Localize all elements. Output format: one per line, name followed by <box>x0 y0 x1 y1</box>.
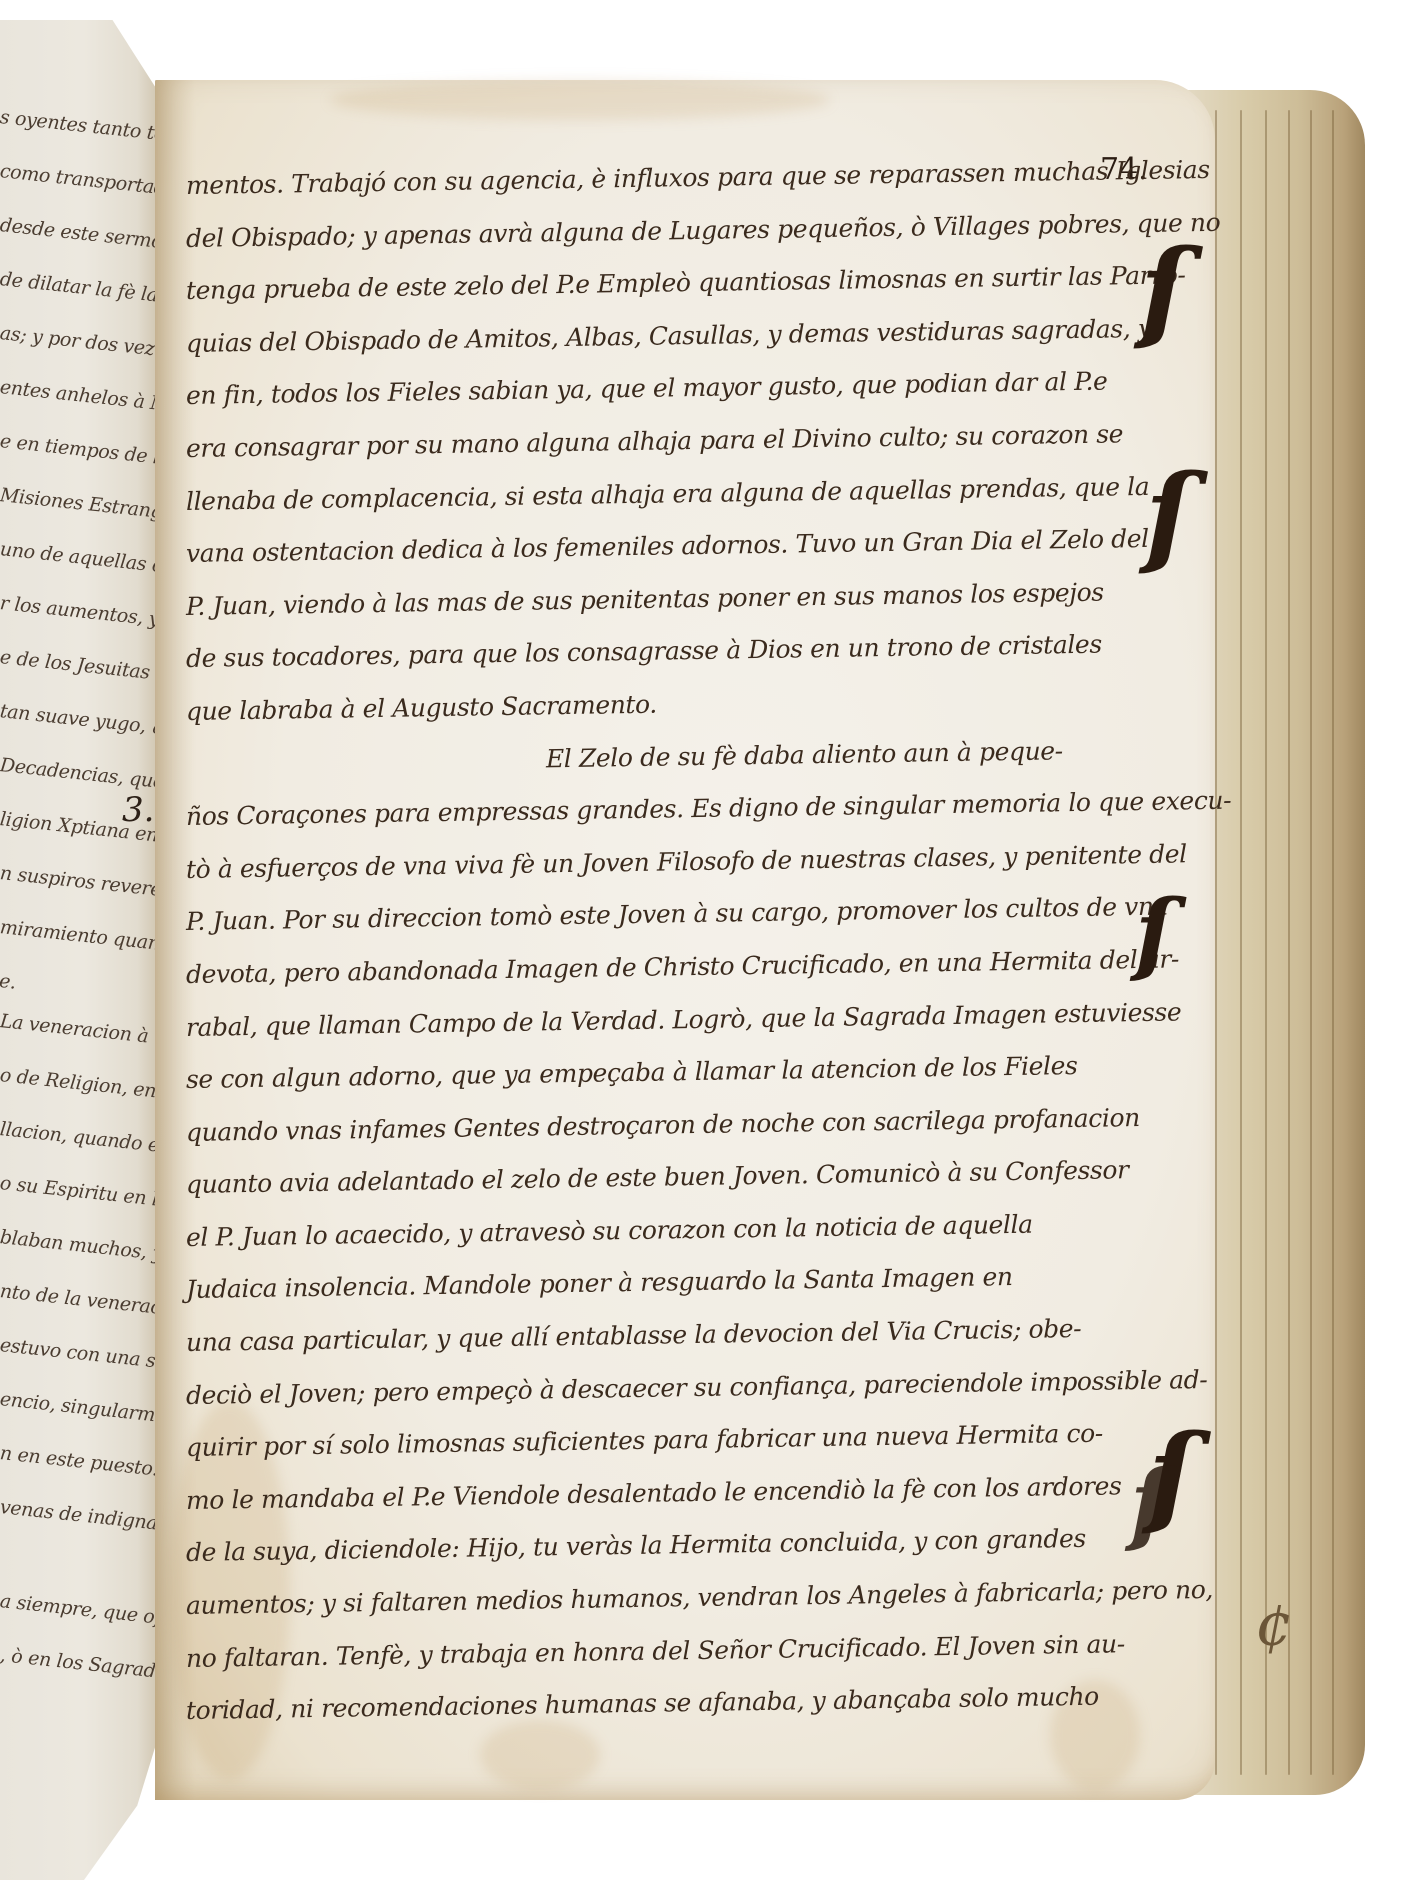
margin-flourish-icon: ſ <box>1130 1450 1169 1556</box>
left-page-text: s oyentes tanto temor de como transporta… <box>0 90 160 1682</box>
left-page-marker: 3. <box>122 790 154 830</box>
left-facing-page: s oyentes tanto temor de como transporta… <box>0 20 160 1880</box>
margin-flourish-icon: ſ <box>1145 450 1192 579</box>
margin-flourish-icon: ſ <box>1140 225 1187 354</box>
manuscript-text: mentos. Trabajó con su agencia, è influx… <box>186 160 1146 1738</box>
catchword-flourish-icon: ¢ <box>1255 1590 1293 1660</box>
foxing-stain <box>330 80 830 120</box>
margin-flourish-icon: ſ <box>1135 880 1174 986</box>
